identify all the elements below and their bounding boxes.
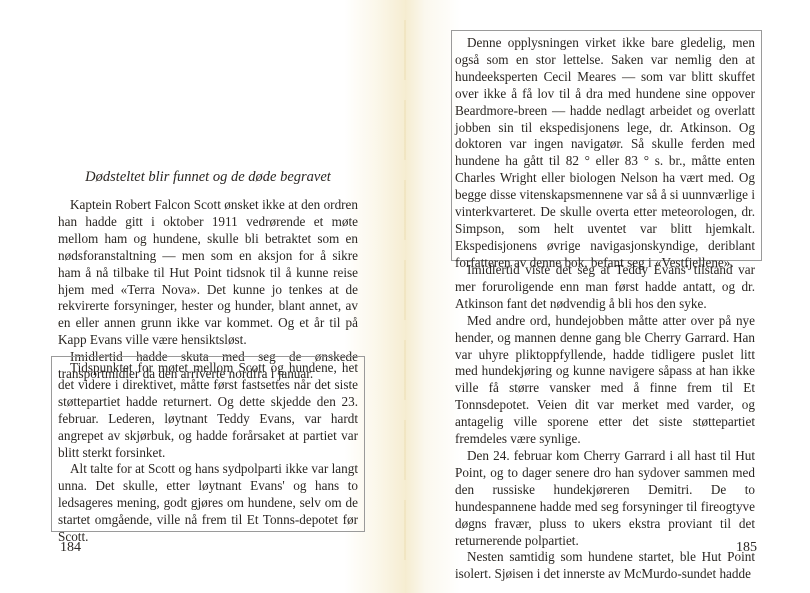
paragraph: Denne opplysningen virket ikke bare gled… xyxy=(455,35,755,272)
paragraph: Med andre ord, hundejobben måtte atter o… xyxy=(455,313,755,448)
paragraph: Tidspunktet for møtet mellom Scott og hu… xyxy=(58,360,358,461)
chapter-heading: Dødsteltet blir funnet og de døde begrav… xyxy=(58,168,358,186)
page-number-left: 184 xyxy=(60,540,81,556)
right-text-boxed: Denne opplysningen virket ikke bare gled… xyxy=(455,35,755,272)
right-text-bottom: Imidlertid viste det seg at Teddy Evans'… xyxy=(455,262,755,583)
book-gutter xyxy=(404,20,406,580)
paragraph: Nesten samtidig som hundene startet, ble… xyxy=(455,549,755,583)
left-text-boxed: Tidspunktet for møtet mellom Scott og hu… xyxy=(58,360,358,546)
paragraph: Den 24. februar kom Cherry Garrard i all… xyxy=(455,448,755,549)
book-spread: Dødsteltet blir funnet og de døde begrav… xyxy=(0,0,810,593)
paragraph: Imidlertid viste det seg at Teddy Evans'… xyxy=(455,262,755,313)
paragraph: Kaptein Robert Falcon Scott ønsket ikke … xyxy=(58,197,358,349)
page-number-right: 185 xyxy=(736,540,757,556)
paragraph: Alt talte for at Scott og hans sydpolpar… xyxy=(58,461,358,546)
